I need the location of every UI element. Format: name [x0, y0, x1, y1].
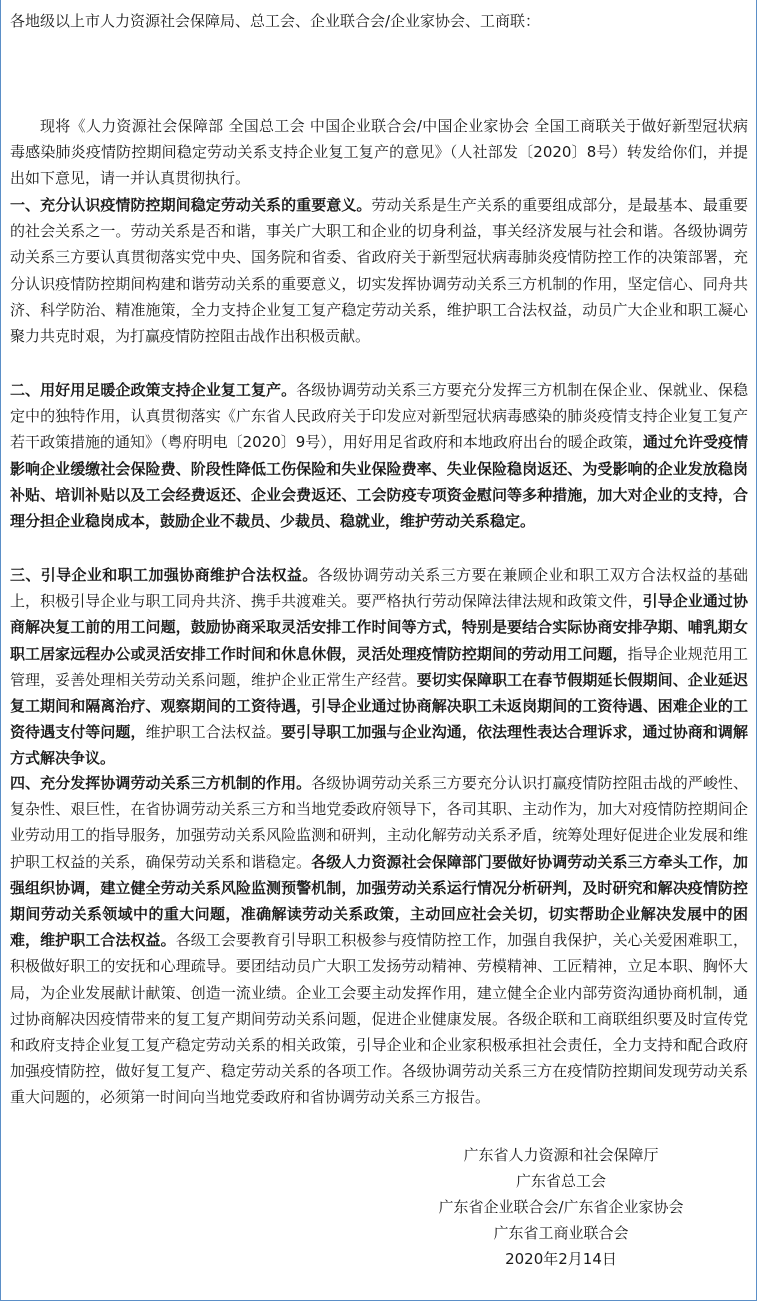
section-4-body-2: 各级工会要教育引导职工积极参与疫情防控工作，加强自我保护，关心关爱困难职工，积极… — [10, 931, 748, 1106]
section-2-paragraph: 二、用好用足暖企政策支持企业复工复产。各级协调劳动关系三方要充分发挥三方机制在保… — [10, 377, 748, 534]
section-3-heading: 三、引导企业和职工加强协商维护合法权益。 — [10, 566, 318, 584]
section-4-heading: 四、充分发挥协调劳动关系三方机制的作用。 — [10, 774, 311, 792]
section-3-body-3: 维护职工合法权益。 — [146, 723, 282, 741]
document-container: 各地级以上市人力资源社会保障局、总工会、企业联合会/企业家协会、工商联： 现将《… — [0, 0, 757, 1301]
signature-block: 广东省人力资源和社会保障厅 广东省总工会 广东省企业联合会/广东省企业家协会 广… — [381, 1142, 741, 1272]
section-1-body: 劳动关系是生产关系的重要组成部分，是最基本、最重要的社会关系之一。劳动关系是否和… — [10, 196, 748, 345]
salutation: 各地级以上市人力资源社会保障局、总工会、企业联合会/企业家协会、工商联： — [10, 8, 748, 34]
signatory-federation-of-trade-unions: 广东省总工会 — [381, 1168, 741, 1194]
signatory-federation-of-industry-commerce: 广东省工商业联合会 — [381, 1220, 741, 1246]
section-2-heading: 二、用好用足暖企政策支持企业复工复产。 — [10, 381, 296, 399]
signatory-hrss: 广东省人力资源和社会保障厅 — [381, 1142, 741, 1168]
document-date: 2020年2月14日 — [381, 1246, 741, 1272]
intro-paragraph: 现将《人力资源社会保障部 全国总工会 中国企业联合会/中国企业家协会 全国工商联… — [10, 113, 748, 192]
section-3-paragraph: 三、引导企业和职工加强协商维护合法权益。各级协调劳动关系三方要在兼顾企业和职工双… — [10, 562, 748, 772]
section-4-paragraph: 四、充分发挥协调劳动关系三方机制的作用。各级协调劳动关系三方要充分认识打赢疫情防… — [10, 770, 748, 1111]
signatory-enterprise-confederation: 广东省企业联合会/广东省企业家协会 — [381, 1194, 741, 1220]
section-1-heading: 一、充分认识疫情防控期间稳定劳动关系的重要意义。 — [10, 196, 372, 214]
section-1-paragraph: 一、充分认识疫情防控期间稳定劳动关系的重要意义。劳动关系是生产关系的重要组成部分… — [10, 192, 748, 349]
